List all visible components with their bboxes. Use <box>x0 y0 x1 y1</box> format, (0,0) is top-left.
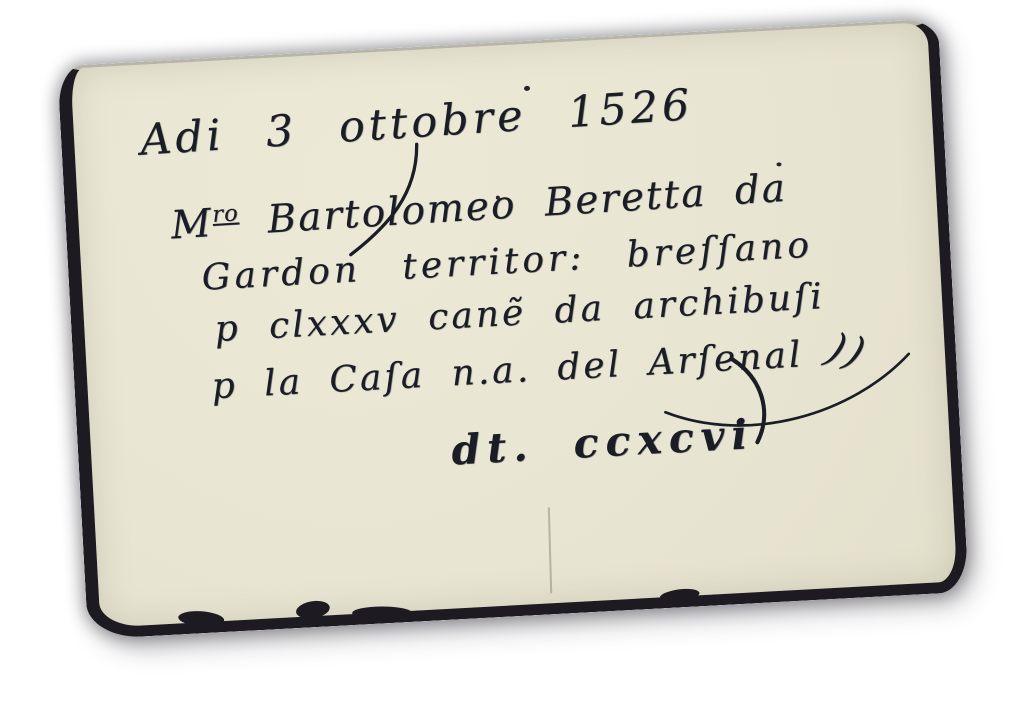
manuscript-line-amount: dt. ccxcvi <box>450 410 755 474</box>
paper-crease <box>548 507 552 593</box>
paper-sheet: Adi 3 ottobre 1526 Mro Bartolomeo Berett… <box>57 19 969 640</box>
date-text: Adi 3 ottobre 1526 <box>139 80 695 166</box>
torn-edge-mark <box>295 599 331 621</box>
torn-edge-mark <box>178 610 225 628</box>
flourish-mark: )) <box>820 325 875 376</box>
torn-edge-mark <box>352 606 412 619</box>
manuscript-photo: Adi 3 ottobre 1526 Mro Bartolomeo Berett… <box>0 0 1024 704</box>
name-initial: M <box>170 201 215 248</box>
amount-text: dt. ccxcvi <box>450 410 755 474</box>
name-superscript: ro <box>211 200 239 228</box>
manuscript-line-date: Adi 3 ottobre 1526 <box>139 80 695 166</box>
torn-edge-mark <box>659 587 700 604</box>
